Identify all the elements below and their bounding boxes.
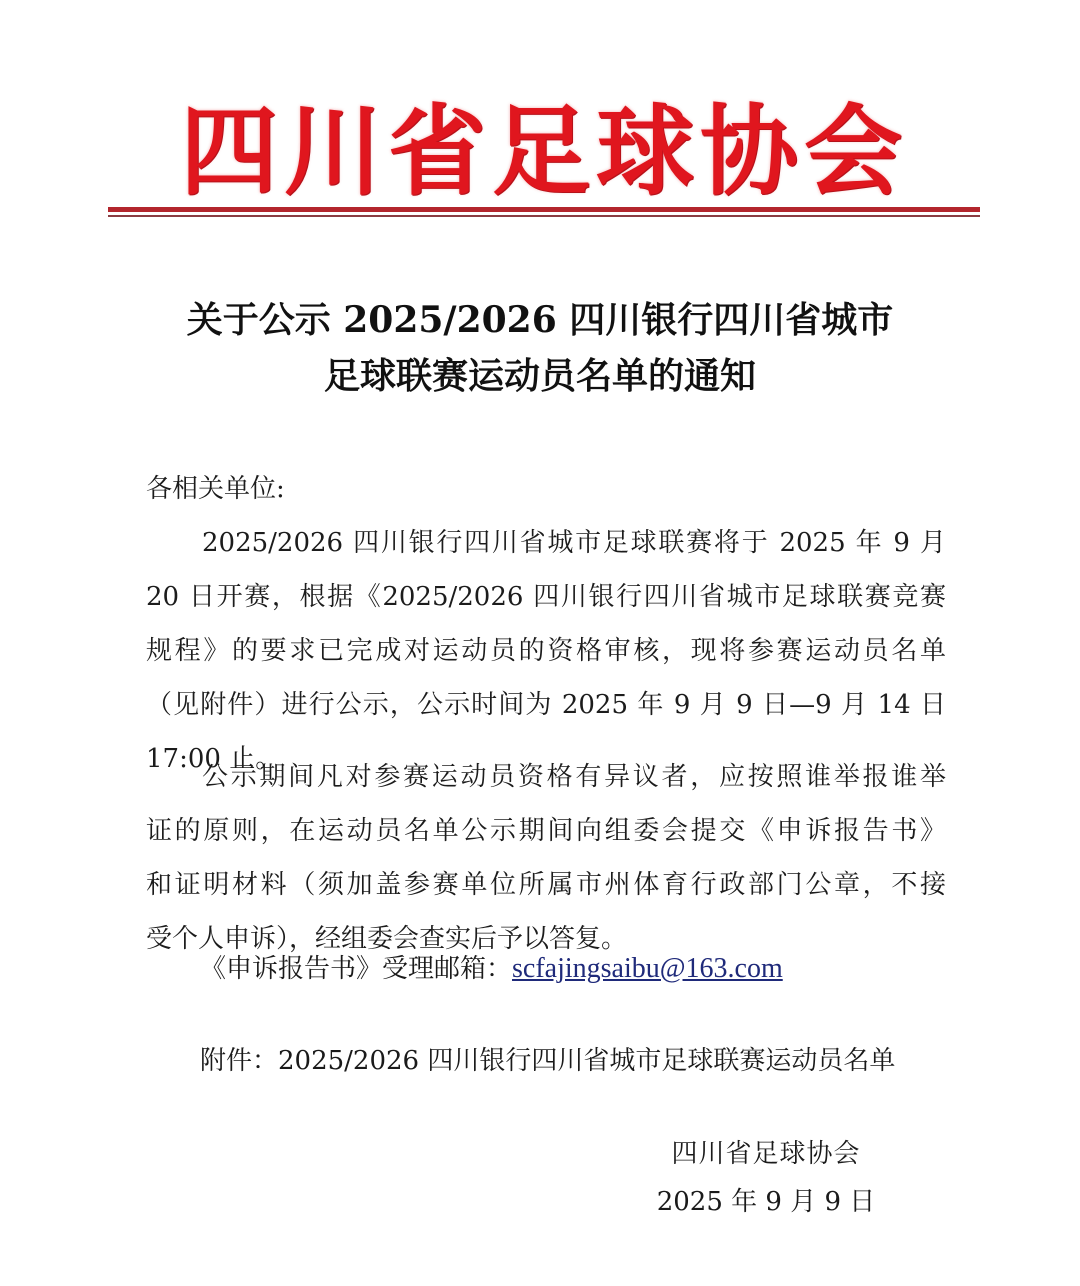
paragraph-schedule: 2025/2026 四川银行四川省城市足球联赛将于 2025 年 9 月 20 …	[146, 516, 946, 786]
paragraph-line: 公示期间凡对参赛运动员资格有异议者，应按照谁举报谁举	[146, 750, 946, 804]
notice-title-line-1: 关于公示 2025/2026 四川银行四川省城市	[100, 292, 980, 348]
letterhead-rule-thick	[108, 207, 980, 212]
attachment-note: 附件：2025/2026 四川银行四川省城市足球联赛运动员名单	[200, 1034, 895, 1088]
letterhead-org-name: 四川省足球协会	[108, 96, 980, 208]
signature-block: 四川省足球协会 2025 年 9 月 9 日	[656, 1130, 876, 1226]
salutation-text: 各相关单位:	[146, 462, 946, 516]
paragraph-line: 2025/2026 四川银行四川省城市足球联赛将于 2025 年 9 月	[146, 516, 946, 570]
paragraph-line: 和证明材料（须加盖参赛单位所属市州体育行政部门公章，不接	[146, 858, 946, 912]
complaint-email-line: 《申诉报告书》受理邮箱：scfajingsaibu@163.com	[200, 942, 783, 996]
complaint-email-label: 《申诉报告书》受理邮箱：	[200, 954, 512, 984]
signature-date: 2025 年 9 月 9 日	[656, 1178, 876, 1226]
paragraph-line: 规程》的要求已完成对运动员的资格审核，现将参赛运动员名单	[146, 624, 946, 678]
notice-title-line-2: 足球联赛运动员名单的通知	[100, 348, 980, 404]
paragraph-line: 20 日开赛，根据《2025/2026 四川银行四川省城市足球联赛竞赛	[146, 570, 946, 624]
signature-org: 四川省足球协会	[656, 1130, 876, 1178]
letterhead-rule-thin	[108, 215, 980, 217]
complaint-email-link[interactable]: scfajingsaibu@163.com	[512, 953, 783, 984]
paragraph-line: 证的原则，在运动员名单公示期间向组委会提交《申诉报告书》	[146, 804, 946, 858]
paragraph-line: （见附件）进行公示，公示时间为 2025 年 9 月 9 日—9 月 14 日	[146, 678, 946, 732]
salutation: 各相关单位:	[146, 462, 946, 516]
notice-title: 关于公示 2025/2026 四川银行四川省城市 足球联赛运动员名单的通知	[100, 292, 980, 404]
paragraph-objections: 公示期间凡对参赛运动员资格有异议者，应按照谁举报谁举 证的原则，在运动员名单公示…	[146, 750, 946, 966]
